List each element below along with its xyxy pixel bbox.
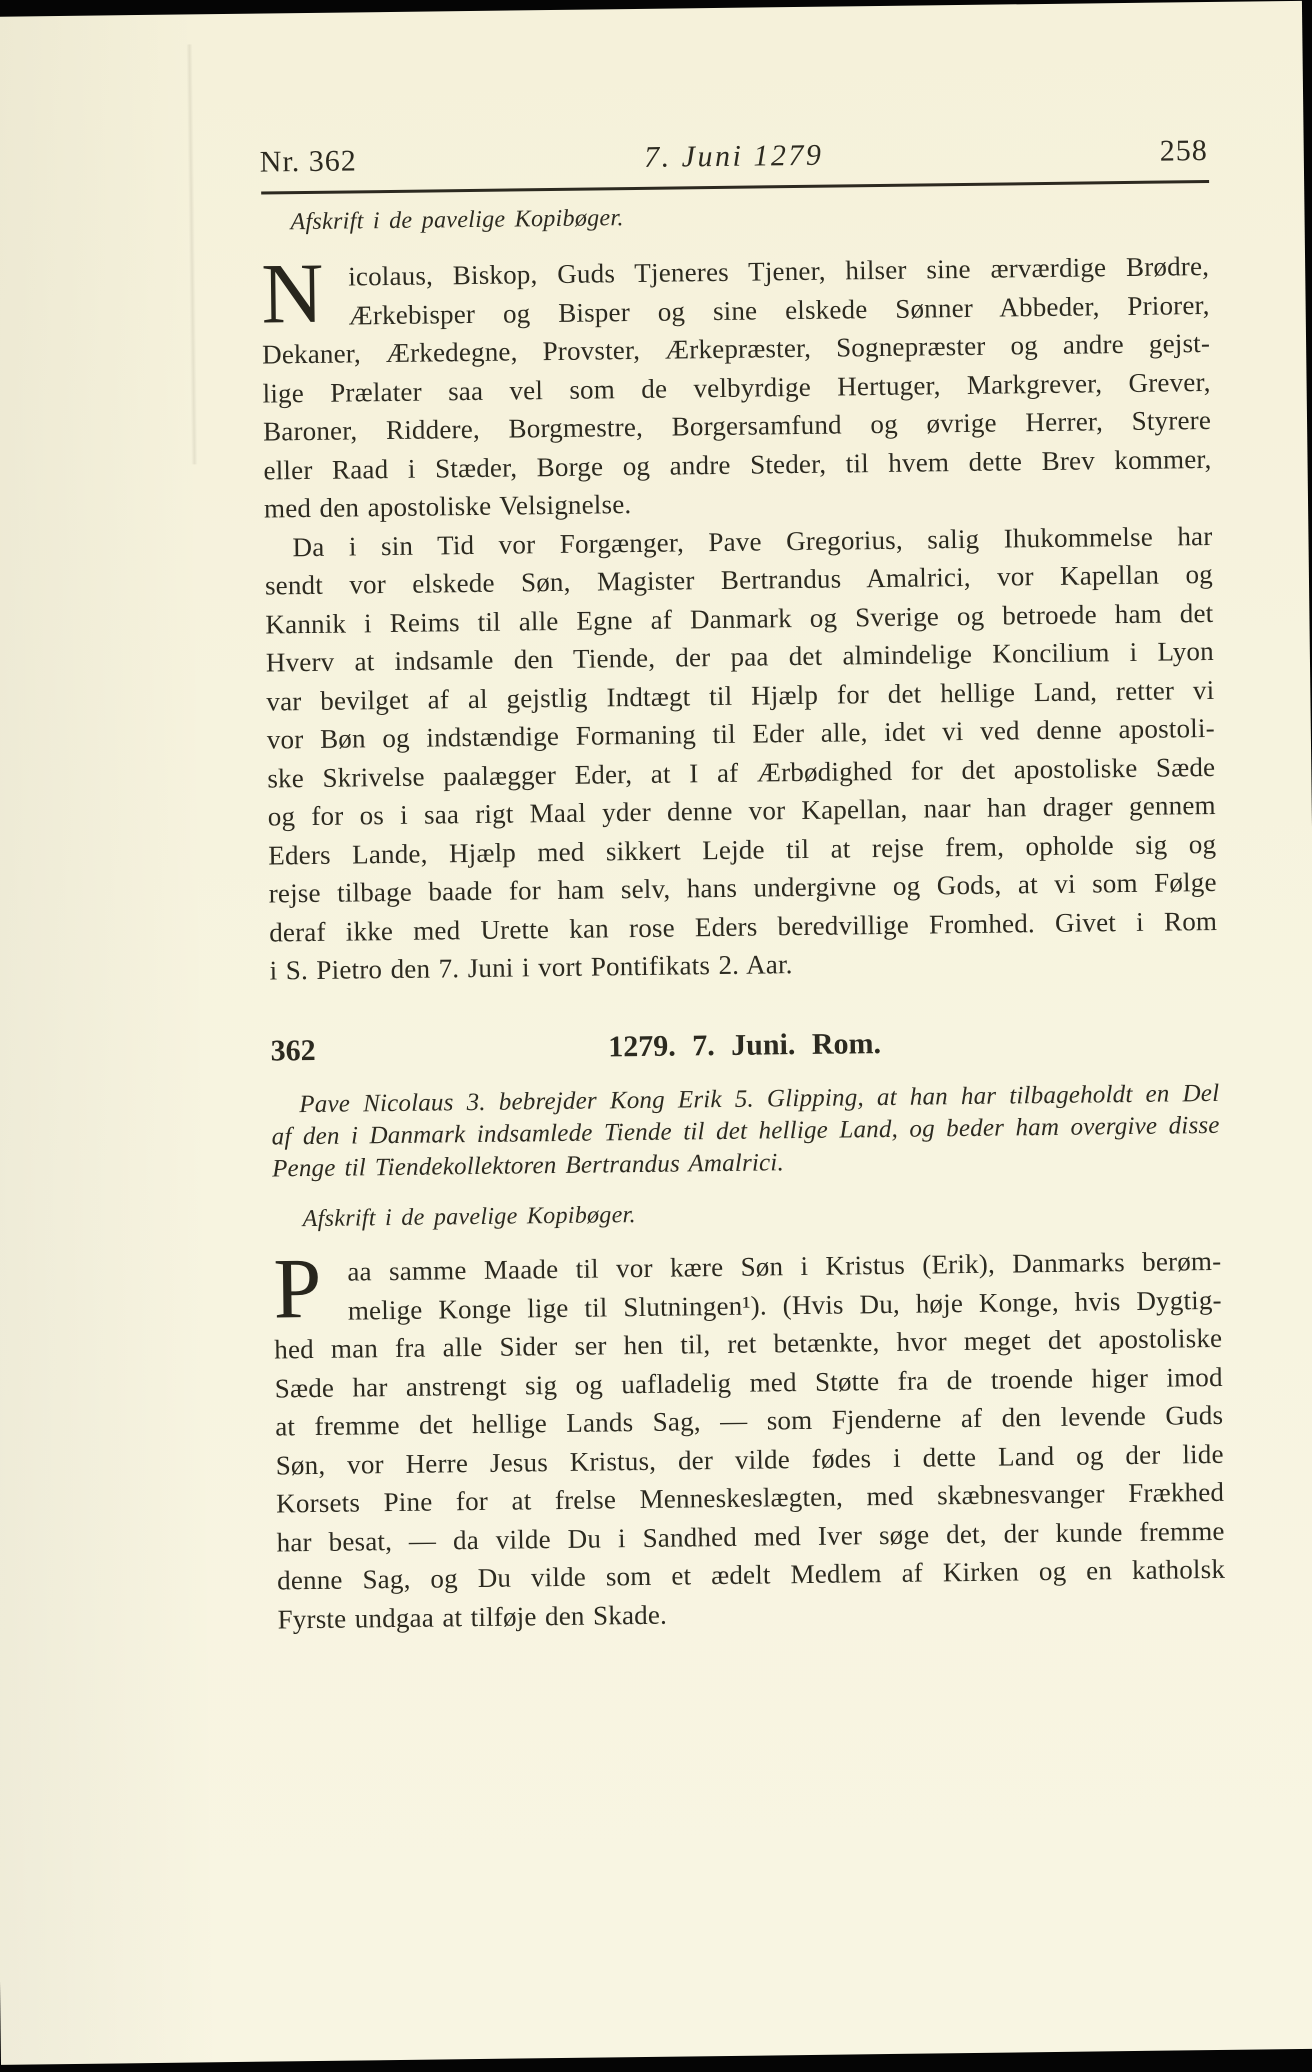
doc1-source-note: Afskrift i de pavelige Kopibøger. — [290, 196, 1190, 237]
doc1-paragraph-2: Da i sin Tid vor Forgænger, Pave Gregori… — [264, 516, 1218, 990]
document-number-header: Nr. 362 — [260, 138, 358, 185]
page-number: 258 — [1159, 128, 1208, 175]
page-crease-shadow — [186, 44, 197, 464]
doc1-paragraph-1-lines: icolaus, Biskop, Guds Tjeneres Tjener, h… — [261, 247, 1212, 528]
entry-number: 362 — [270, 1031, 315, 1072]
doc1-paragraph-2-lines: Da i sin Tid vor Forgænger, Pave Gregori… — [264, 516, 1218, 990]
dropcap-letter-p: P — [273, 1253, 348, 1331]
doc2-summary: Pave Nicolaus 3. bebrejder Kong Erik 5. … — [271, 1078, 1220, 1186]
entry-date-place: 1279. 7. Juni. Rom. — [608, 1024, 881, 1067]
doc2-paragraph-lines: aa samme Maade til vor kære Søn i Kristu… — [273, 1242, 1226, 1639]
book-page: Nr. 362 7. Juni 1279 258 Afskrift i de p… — [0, 1, 1312, 2065]
dropcap-letter-n: N — [261, 257, 349, 335]
doc2-source-note: Afskrift i de pavelige Kopibøger. — [303, 1193, 1203, 1234]
doc2-paragraph: P aa samme Maade til vor kære Søn i Kris… — [273, 1242, 1226, 1639]
running-header: Nr. 362 7. Juni 1279 258 — [260, 128, 1208, 186]
scanned-book-photo: Nr. 362 7. Juni 1279 258 Afskrift i de p… — [0, 0, 1312, 2072]
entry-heading-row: 362 1279. 7. Juni. Rom. — [270, 1020, 1218, 1072]
page-gutter-shadow — [0, 14, 221, 2065]
doc1-paragraph-1: N icolaus, Biskop, Guds Tjeneres Tjener,… — [261, 247, 1212, 528]
header-date: 7. Juni 1279 — [644, 133, 824, 181]
